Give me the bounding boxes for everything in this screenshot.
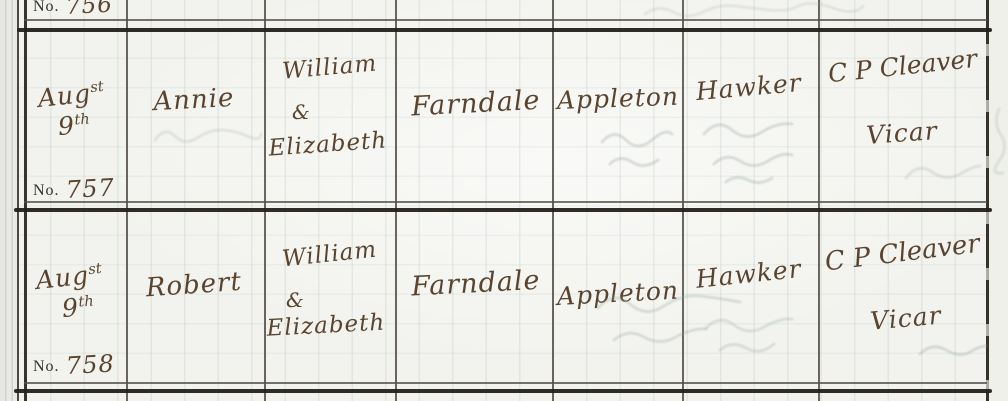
entry-758-date-month: Augst <box>34 259 103 295</box>
row-756-bottom-rule <box>24 19 987 21</box>
entry-758-child-name: Robert <box>137 266 251 304</box>
entry-757-no-value: 757 <box>65 173 115 204</box>
ink-bleedthrough <box>596 122 676 177</box>
entry-757-abode: Appleton <box>555 82 680 115</box>
entry-757-date-month: Augst <box>36 77 105 113</box>
page-left-margin <box>0 0 18 401</box>
entry-757-officiant-title: Vicar <box>851 115 953 151</box>
entry-758-officiant-name: C P Cleaver <box>820 228 984 278</box>
entry-758-surname: Farndale <box>401 264 550 303</box>
table-left-outer-rule <box>17 0 19 401</box>
row-757-bottom-rule <box>24 201 987 203</box>
entry-757-date-day: 9th <box>57 110 91 141</box>
ink-bleedthrough <box>700 306 810 361</box>
entry-758-father-name: William <box>267 235 393 274</box>
page-right-edge <box>989 0 1008 401</box>
entry-758-officiant-title: Vicar <box>855 299 957 337</box>
prev-entry-no-value: 756 <box>65 0 113 20</box>
entry-757-parents-joiner: & <box>292 100 311 124</box>
entry-758-month-suffix: st <box>88 261 103 278</box>
entry-757-father-name: William <box>267 49 393 86</box>
entry-758-mother-name: Elizabeth <box>261 309 390 342</box>
ink-bleedthrough <box>915 336 990 366</box>
entry-757-month-text: Aug <box>36 79 92 113</box>
ink-bleedthrough <box>696 112 811 192</box>
entry-757-officiant-name: C P Cleaver <box>820 43 984 89</box>
entry-757-month-suffix: st <box>90 79 105 96</box>
entry-758-no-value: 758 <box>65 349 115 380</box>
entry-758-day-suffix: th <box>78 293 94 310</box>
entry-758-profession: Hawker <box>684 253 812 295</box>
entry-758-day-text: 9 <box>61 293 80 323</box>
row-758-bottom-rule <box>24 382 987 384</box>
entry-758-month-text: Aug <box>34 261 90 295</box>
entry-758-abode: Appleton <box>555 276 680 311</box>
ink-bleedthrough <box>150 122 265 152</box>
row-758-top-heavy-rule <box>14 208 992 212</box>
entry-757-day-suffix: th <box>74 111 90 128</box>
next-row-top-heavy-rule <box>14 389 992 393</box>
entry-757-child-name: Annie <box>137 82 250 118</box>
entry-758-no-label: No. <box>33 358 60 376</box>
entry-758-date-day: 9th <box>61 292 95 323</box>
register-scan-page: No. 756 Augst 9th No. 757 Annie William … <box>0 0 1008 401</box>
entry-757-no-label: No. <box>33 182 60 200</box>
prev-entry-no-label: No. <box>33 0 60 16</box>
ink-bleedthrough <box>900 150 985 195</box>
entry-758-parents-joiner: & <box>286 288 305 312</box>
entry-757-mother-name: Elizabeth <box>263 127 393 162</box>
entry-757-surname: Farndale <box>401 84 550 123</box>
entry-757-profession: Hawker <box>685 67 813 107</box>
entry-757-day-text: 9 <box>57 111 76 141</box>
row-757-top-heavy-rule <box>17 28 992 32</box>
